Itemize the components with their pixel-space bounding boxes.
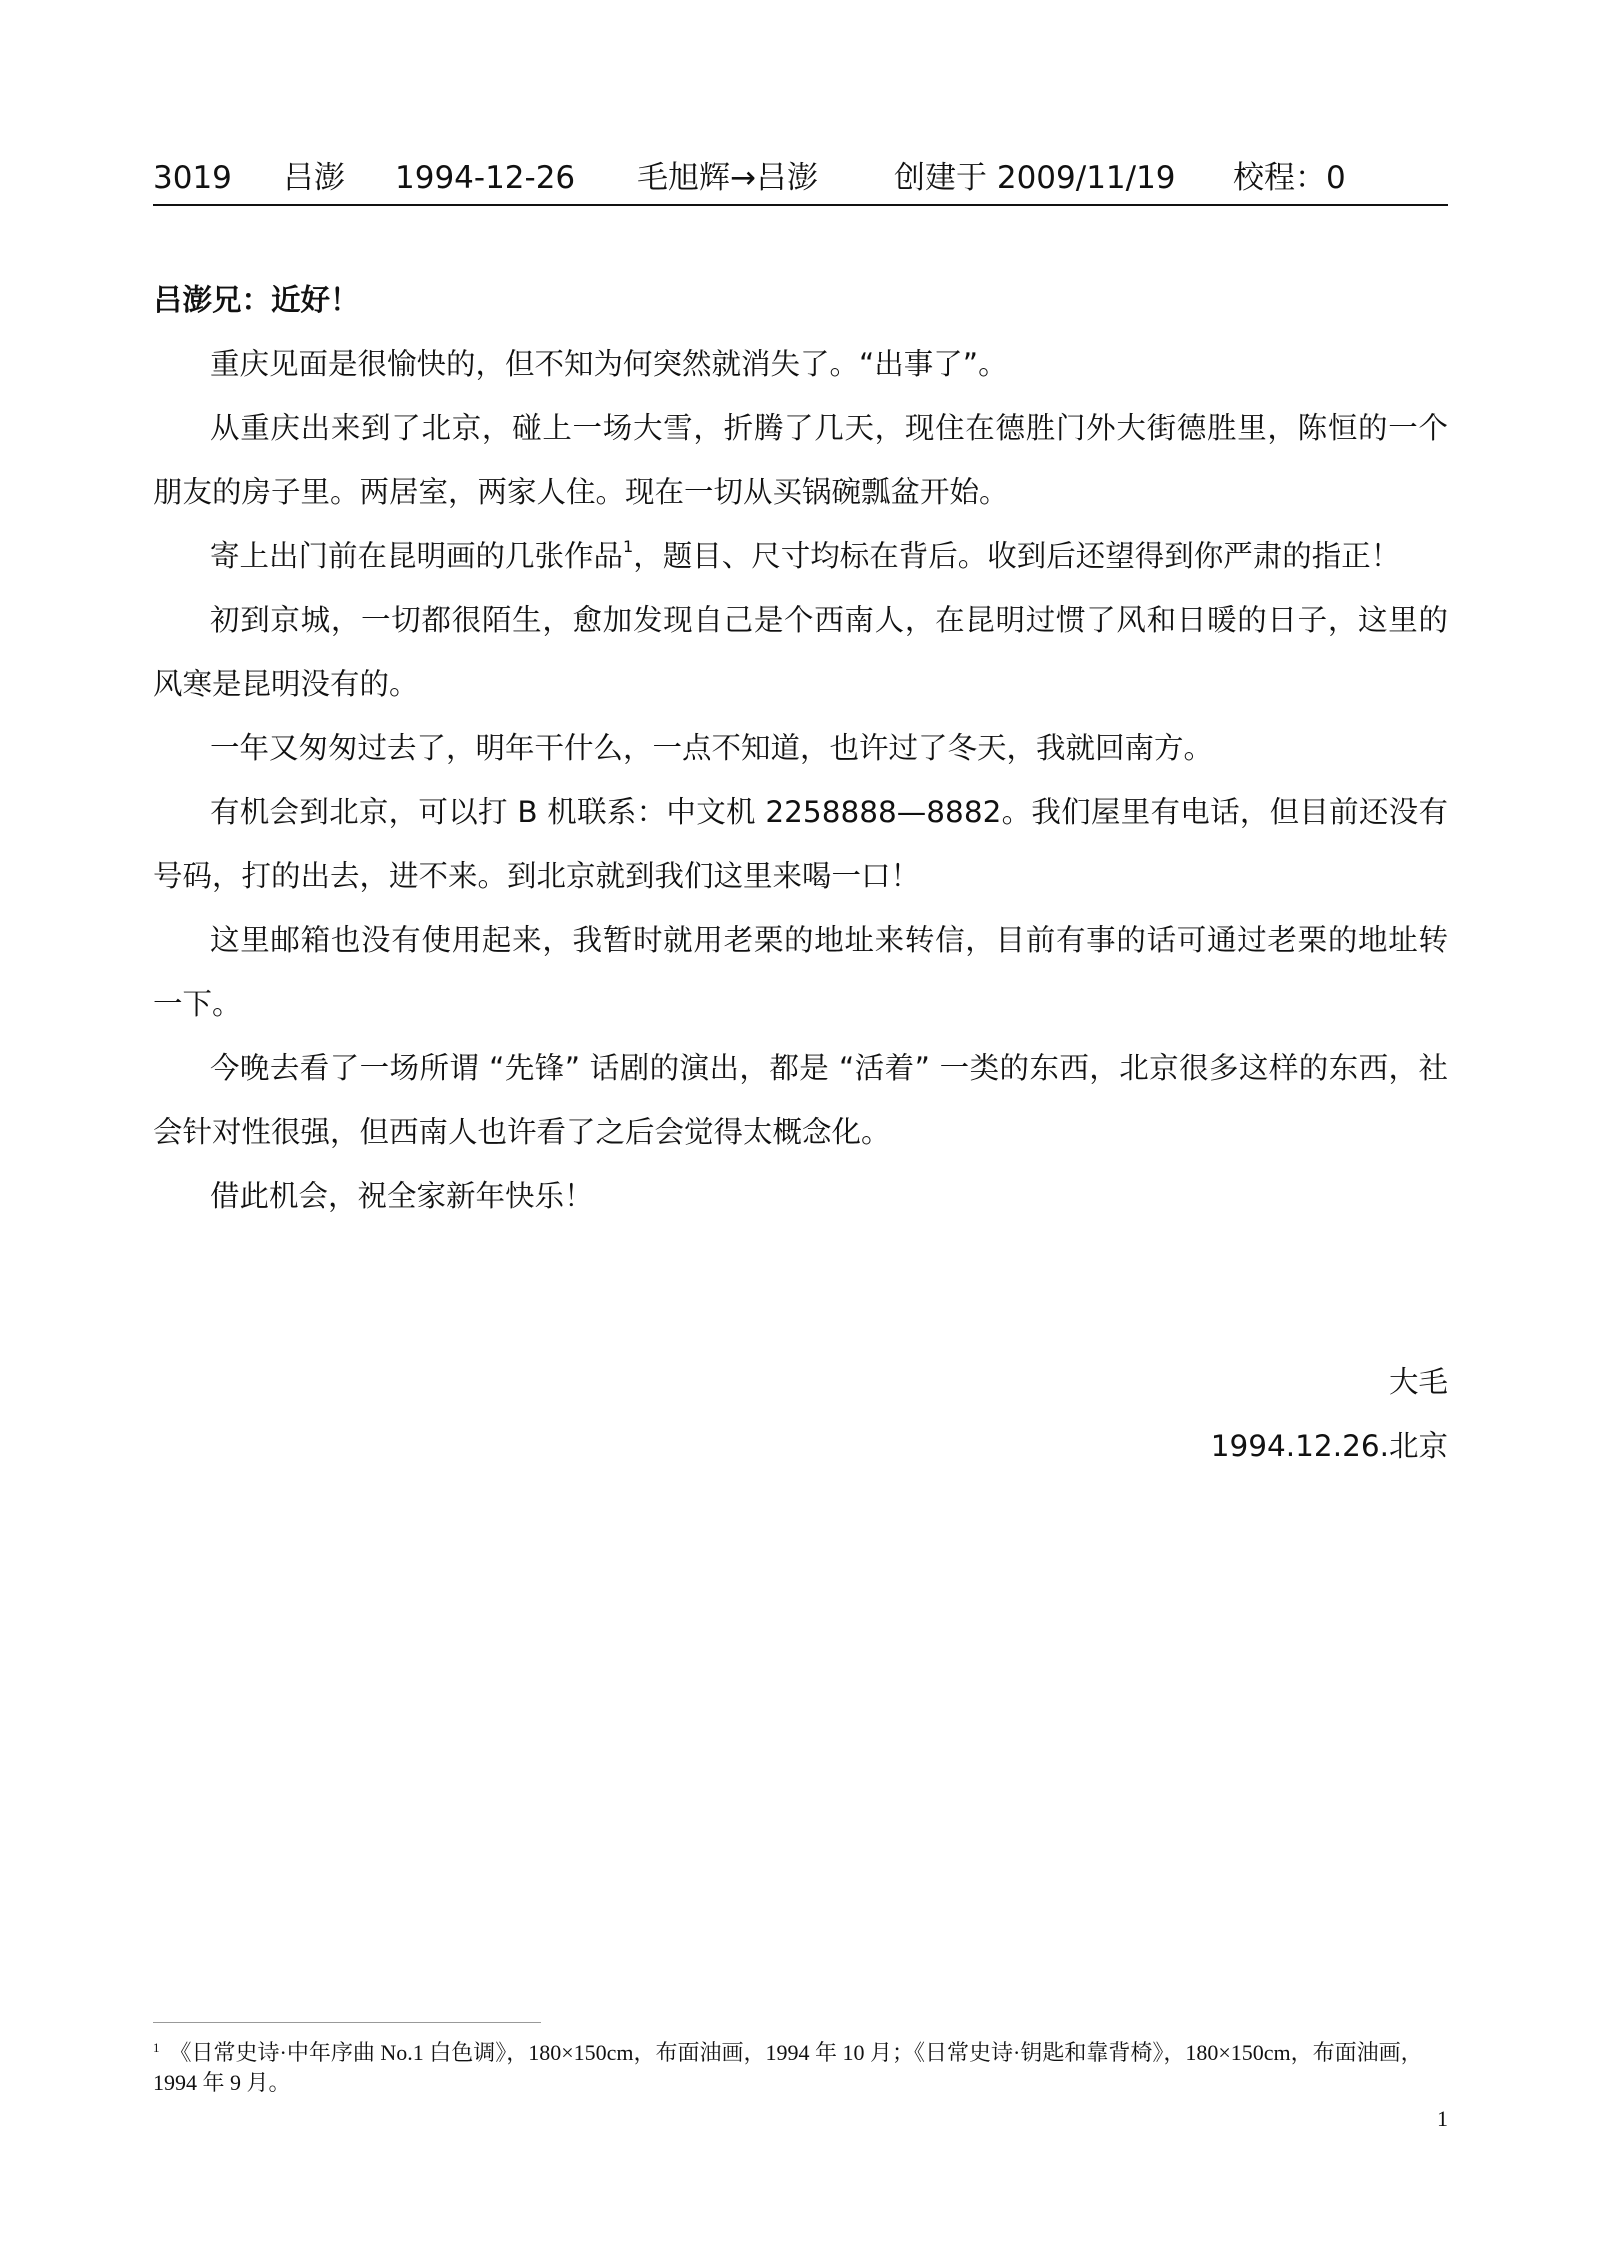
signature-date-place: 1994.12.26.北京 bbox=[1211, 1414, 1448, 1478]
paragraph-with-footnote: 寄上出门前在昆明画的几张作品1，题目、尺寸均标在背后。收到后还望得到你严肃的指正… bbox=[153, 524, 1448, 588]
signature-block: 大毛 1994.12.26.北京 bbox=[1211, 1350, 1448, 1478]
footnote-divider bbox=[153, 2022, 541, 2023]
document-page: 3019 吕澎 1994-12-26 毛旭辉→吕澎 创建于 2009/11/19… bbox=[153, 0, 1448, 2263]
salutation: 吕澎兄：近好！ bbox=[153, 268, 1448, 332]
header-recipient: 吕澎 bbox=[283, 152, 345, 204]
paragraph: 这里邮箱也没有使用起来，我暂时就用老栗的地址来转信，目前有事的话可通过老栗的地址… bbox=[153, 908, 1448, 1036]
paragraph: 借此机会，祝全家新年快乐！ bbox=[153, 1164, 1448, 1228]
letter-id: 3019 bbox=[153, 152, 232, 204]
paragraph: 重庆见面是很愉快的，但不知为何突然就消失了。“出事了”。 bbox=[153, 332, 1448, 396]
letter-header: 3019 吕澎 1994-12-26 毛旭辉→吕澎 创建于 2009/11/19… bbox=[153, 152, 1448, 206]
header-proofread-count: 校程：0 bbox=[1233, 152, 1346, 204]
header-created-date: 创建于 2009/11/19 bbox=[894, 152, 1176, 204]
letter-body: 吕澎兄：近好！ 重庆见面是很愉快的，但不知为何突然就消失了。“出事了”。 从重庆… bbox=[153, 268, 1448, 1228]
header-direction: 毛旭辉→吕澎 bbox=[637, 152, 818, 204]
paragraph: 今晚去看了一场所谓 “先锋” 话剧的演出，都是 “活着” 一类的东西，北京很多这… bbox=[153, 1036, 1448, 1164]
footnote: 1《日常史诗·中年序曲 No.1 白色调》，180×150cm，布面油画，199… bbox=[153, 2038, 1448, 2098]
footnote-text: 《日常史诗·中年序曲 No.1 白色调》，180×150cm，布面油画，1994… bbox=[153, 2040, 1423, 2095]
footnote-reference[interactable]: 1 bbox=[623, 537, 633, 556]
header-date: 1994-12-26 bbox=[395, 152, 575, 204]
paragraph-text: ，题目、尺寸均标在背后。收到后还望得到你严肃的指正！ bbox=[633, 539, 1400, 573]
paragraph: 有机会到北京，可以打 B 机联系：中文机 2258888—8882。我们屋里有电… bbox=[153, 780, 1448, 908]
page-number: 1 bbox=[1437, 2104, 1448, 2134]
paragraph-text: 寄上出门前在昆明画的几张作品 bbox=[210, 539, 623, 573]
paragraph: 初到京城，一切都很陌生，愈加发现自己是个西南人，在昆明过惯了风和日暖的日子，这里… bbox=[153, 588, 1448, 716]
paragraph: 一年又匆匆过去了，明年干什么，一点不知道，也许过了冬天，我就回南方。 bbox=[153, 716, 1448, 780]
signature-name: 大毛 bbox=[1211, 1350, 1448, 1414]
footnote-marker: 1 bbox=[153, 2040, 160, 2055]
paragraph: 从重庆出来到了北京，碰上一场大雪，折腾了几天，现住在德胜门外大街德胜里，陈恒的一… bbox=[153, 396, 1448, 524]
